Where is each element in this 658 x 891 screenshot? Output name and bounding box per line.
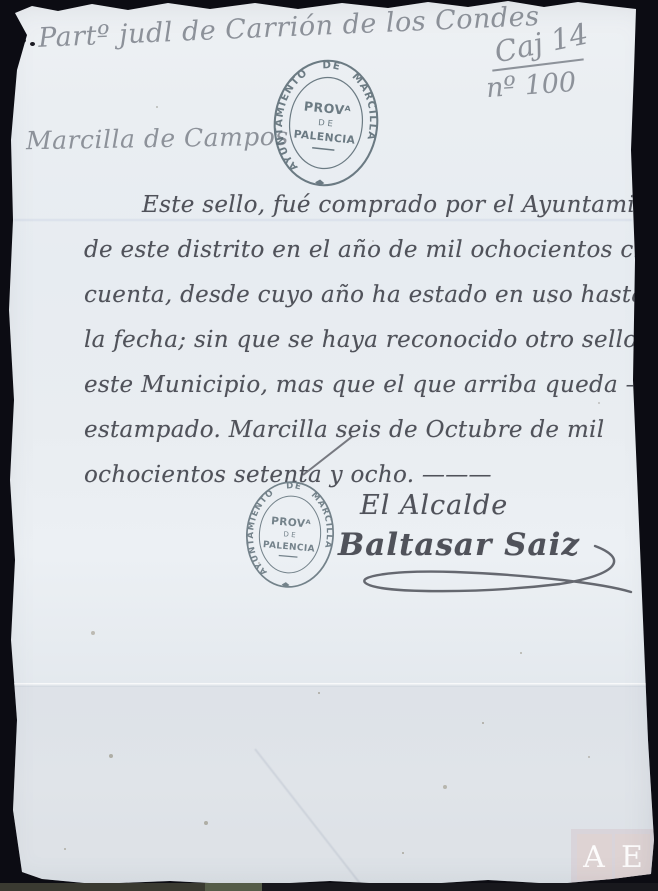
body-line: la fecha; sin que se haya reconocido otr…	[84, 318, 636, 363]
town-annotation: Marcilla de Campos	[26, 122, 289, 156]
document-body: Este sello, fué comprado por el Ayuntami…	[84, 183, 636, 498]
stamp-center-line3: PALENCIA	[293, 127, 356, 146]
watermark-letter-e: E	[615, 834, 650, 880]
paper-lower-shading	[10, 687, 654, 883]
body-line: este Municipio, mas que el que arriba qu…	[84, 363, 636, 408]
archival-note-number: nº 100	[485, 67, 577, 104]
paper-sheet: Partº judl de Carrión de los Condes Caj …	[0, 0, 658, 891]
strip-segment	[262, 883, 658, 891]
signature-flourish	[345, 540, 637, 606]
punch-hole	[20, 38, 26, 43]
body-line: estampado. Marcilla seis de Octubre de m…	[84, 408, 636, 453]
strip-segment	[0, 883, 205, 891]
stamp-center-dash	[312, 148, 334, 150]
body-line: de este distrito en el año de mil ochoci…	[84, 228, 636, 273]
punch-hole	[30, 42, 35, 46]
stamp-center-dash	[279, 556, 298, 558]
closing-role: El Alcalde	[360, 490, 508, 521]
flourish-stroke	[364, 546, 631, 592]
strip-segment	[205, 883, 262, 891]
municipal-stamp-top: AYUNTAMIENTO DE MARCILLA PROVᴬ DE PALENC…	[263, 51, 388, 196]
stamp-center-line1: PROVᴬ	[271, 515, 312, 530]
municipal-stamp-bottom: AYUNTAMIENTO DE MARCILLA PROVᴬ DE PALENC…	[238, 474, 341, 595]
stamp-center-line2: DE	[318, 117, 336, 129]
stamp-center-line2: DE	[283, 529, 298, 539]
body-line: Este sello, fué comprado por el Ayuntami…	[84, 183, 636, 228]
stamp-center-line1: PROVᴬ	[303, 98, 352, 118]
archive-watermark: A E	[571, 829, 655, 885]
archival-note-district: Partº judl de Carrión de los Condes	[38, 1, 541, 54]
watermark-letter-a: A	[577, 834, 612, 880]
body-line: cuenta, desde cuyo año ha estado en uso …	[84, 273, 636, 318]
stamp-center-line3: PALENCIA	[262, 540, 315, 555]
scanner-bed-strip	[0, 883, 658, 891]
foxing-speckles	[0, 0, 2, 2]
